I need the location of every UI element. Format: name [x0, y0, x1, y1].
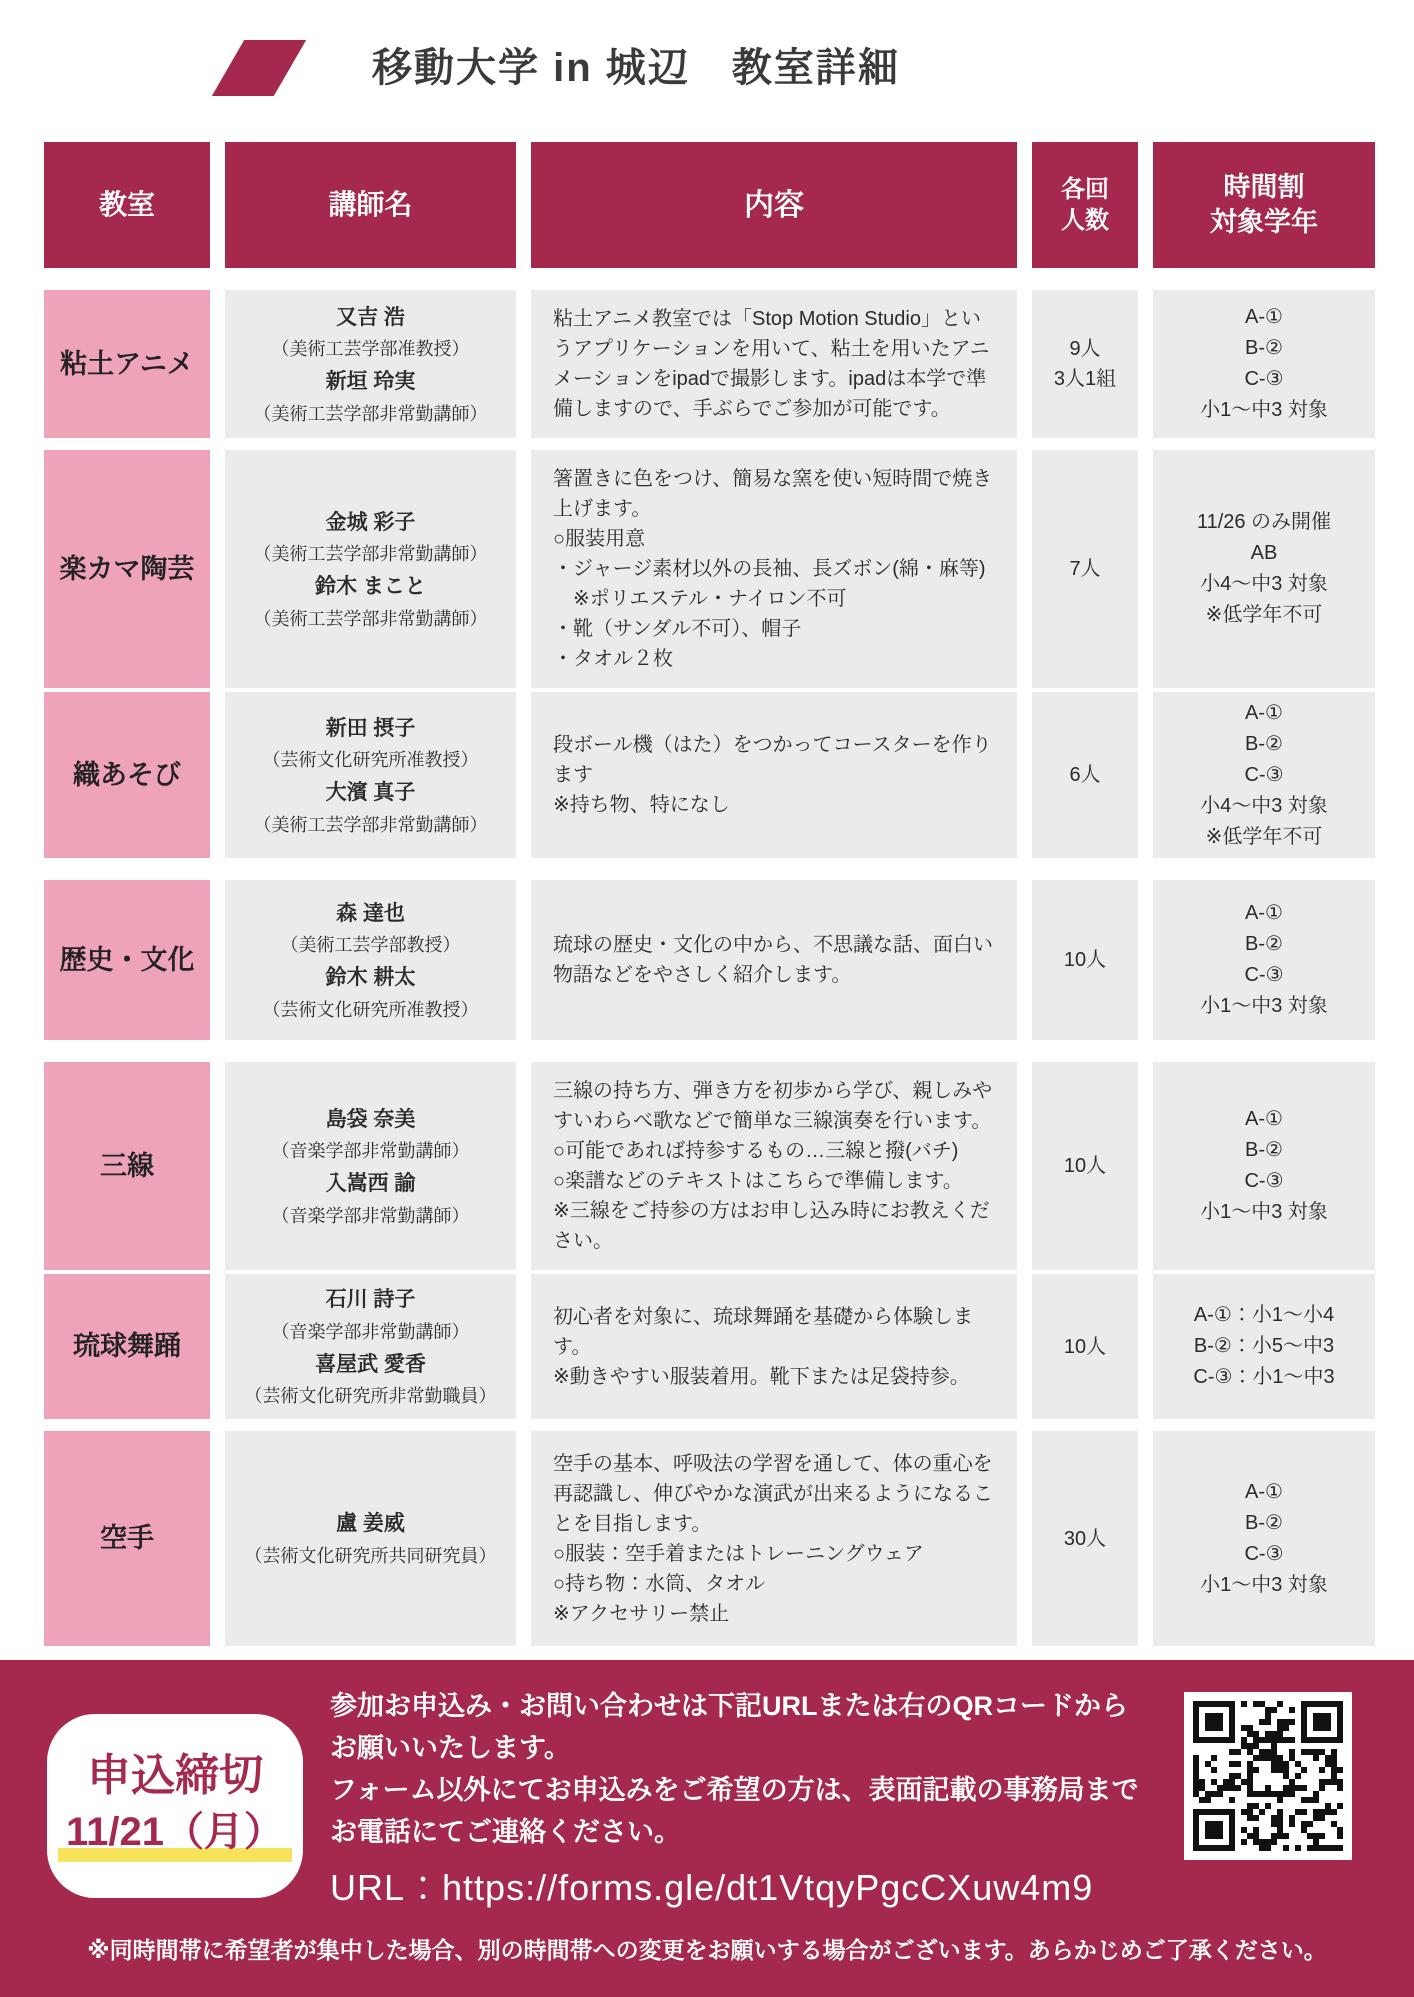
schedule-grades: A-① B-② C-③ 小1～中3 対象 [1153, 290, 1375, 438]
capacity: 9人 3人1組 [1032, 290, 1138, 438]
header-classroom: 教室 [44, 142, 210, 268]
capacity: 30人 [1032, 1431, 1138, 1646]
instructor-info: 島袋 奈美（音楽学部非常勤講師）入嵩西 諭（音楽学部非常勤講師） [225, 1062, 516, 1270]
classroom-name: 琉球舞踊 [44, 1274, 210, 1419]
page-title: 移動大学 in 城辺 教室詳細 [372, 36, 900, 93]
deadline-label: 申込締切 [87, 1750, 263, 1803]
table-row: 粘土アニメ 又吉 浩（美術工芸学部准教授）新垣 玲実（美術工芸学部非常勤講師） … [44, 290, 1375, 428]
course-description: 箸置きに色をつけ、簡易な窯を使い短時間で焼き上げます。 ○服装用意 ・ジャージ素… [531, 450, 1017, 688]
header-content: 内容 [531, 142, 1017, 268]
table-row: 三線 島袋 奈美（音楽学部非常勤講師）入嵩西 諭（音楽学部非常勤講師） 三線の持… [44, 1062, 1375, 1252]
capacity: 10人 [1032, 880, 1138, 1040]
schedule-grades: A-① B-② C-③ 小4～中3 対象 ※低学年不可 [1153, 692, 1375, 858]
table-row: 楽カマ陶芸 金城 彩子（美術工芸学部非常勤講師）鈴木 まこと（美術工芸学部非常勤… [44, 450, 1375, 670]
instructor-info: 新田 摂子（芸術文化研究所准教授）大濱 真子（美術工芸学部非常勤講師） [225, 692, 516, 858]
instructor-info: 又吉 浩（美術工芸学部准教授）新垣 玲実（美術工芸学部非常勤講師） [225, 290, 516, 438]
capacity: 10人 [1032, 1062, 1138, 1270]
schedule-grades: A-① B-② C-③ 小1～中3 対象 [1153, 1062, 1375, 1270]
footer-band: 申込締切 11/21（月） 参加お申込み・お問い合わせは下記URLまたは右のQR… [0, 1660, 1414, 1997]
classroom-name: 楽カマ陶芸 [44, 450, 210, 688]
classroom-name: 三線 [44, 1062, 210, 1270]
instructor-info: 盧 姜威（芸術文化研究所共同研究員） [225, 1431, 516, 1646]
header-schedule: 時間割 対象学年 [1153, 142, 1375, 268]
deadline-box: 申込締切 11/21（月） [47, 1714, 303, 1898]
schedule-grades: A-① B-② C-③ 小1～中3 対象 [1153, 1431, 1375, 1646]
course-description: 空手の基本、呼吸法の学習を通して、体の重心を再認識し、伸びやかな演武が出来るよう… [531, 1431, 1017, 1646]
qr-box [1184, 1692, 1352, 1860]
instructor-info: 森 達也（美術工芸学部教授）鈴木 耕太（芸術文化研究所准教授） [225, 880, 516, 1040]
header-capacity: 各回 人数 [1032, 142, 1138, 268]
instructor-info: 石川 詩子（音楽学部非常勤講師）喜屋武 愛香（芸術文化研究所非常勤職員） [225, 1274, 516, 1419]
table-row: 空手 盧 姜威（芸術文化研究所共同研究員） 空手の基本、呼吸法の学習を通して、体… [44, 1431, 1375, 1646]
capacity: 6人 [1032, 692, 1138, 858]
classroom-name: 空手 [44, 1431, 210, 1646]
header-instructor: 講師名 [225, 142, 516, 268]
course-description: 段ボール機（はた）をつかってコースターを作ります ※持ち物、特になし [531, 692, 1017, 858]
table-row: 歴史・文化 森 達也（美術工芸学部教授）鈴木 耕太（芸術文化研究所准教授） 琉球… [44, 880, 1375, 1040]
classroom-name: 歴史・文化 [44, 880, 210, 1040]
footer-note: ※同時間帯に希望者が集中した場合、別の時間帯への変更をお願いする場合がございます… [0, 1932, 1414, 1965]
decorative-parallelogram [212, 40, 306, 96]
apply-url: URL：https://forms.gle/dt1VtqyPgcCXuw4m9 [330, 1860, 1093, 1911]
deadline-date: 11/21（月） [58, 1808, 292, 1862]
table-body: 粘土アニメ 又吉 浩（美術工芸学部准教授）新垣 玲実（美術工芸学部非常勤講師） … [44, 290, 1375, 1646]
course-description: 琉球の歴史・文化の中から、不思議な話、面白い物語などをやさしく紹介します。 [531, 880, 1017, 1040]
capacity: 7人 [1032, 450, 1138, 688]
table-header-row: 教室 講師名 内容 各回 人数 時間割 対象学年 [44, 142, 1375, 268]
classroom-name: 粘土アニメ [44, 290, 210, 438]
table-row: 琉球舞踊 石川 詩子（音楽学部非常勤講師）喜屋武 愛香（芸術文化研究所非常勤職員… [44, 1274, 1375, 1409]
apply-info-text: 参加お申込み・お問い合わせは下記URLまたは右のQRコードから お願いいたします… [330, 1686, 1139, 1853]
classroom-name: 織あそび [44, 692, 210, 858]
course-description: 初心者を対象に、琉球舞踊を基礎から体験します。 ※動きやすい服装着用。靴下または… [531, 1274, 1017, 1419]
schedule-grades: A-① B-② C-③ 小1～中3 対象 [1153, 880, 1375, 1040]
schedule-grades: 11/26 のみ開催 AB 小4～中3 対象 ※低学年不可 [1153, 450, 1375, 688]
schedule-grades: A-①：小1～小4 B-②：小5～中3 C-③：小1～中3 [1153, 1274, 1375, 1419]
course-description: 三線の持ち方、弾き方を初歩から学び、親しみやすいわらべ歌などで簡単な三線演奏を行… [531, 1062, 1017, 1270]
instructor-info: 金城 彩子（美術工芸学部非常勤講師）鈴木 まこと（美術工芸学部非常勤講師） [225, 450, 516, 688]
qr-code [1193, 1701, 1343, 1851]
table-row: 織あそび 新田 摂子（芸術文化研究所准教授）大濱 真子（美術工芸学部非常勤講師）… [44, 692, 1375, 858]
capacity: 10人 [1032, 1274, 1138, 1419]
course-description: 粘土アニメ教室では「Stop Motion Studio」というアプリケーション… [531, 290, 1017, 438]
classroom-table: 教室 講師名 内容 各回 人数 時間割 対象学年 粘土アニメ 又吉 浩（美術工芸… [44, 142, 1375, 1668]
